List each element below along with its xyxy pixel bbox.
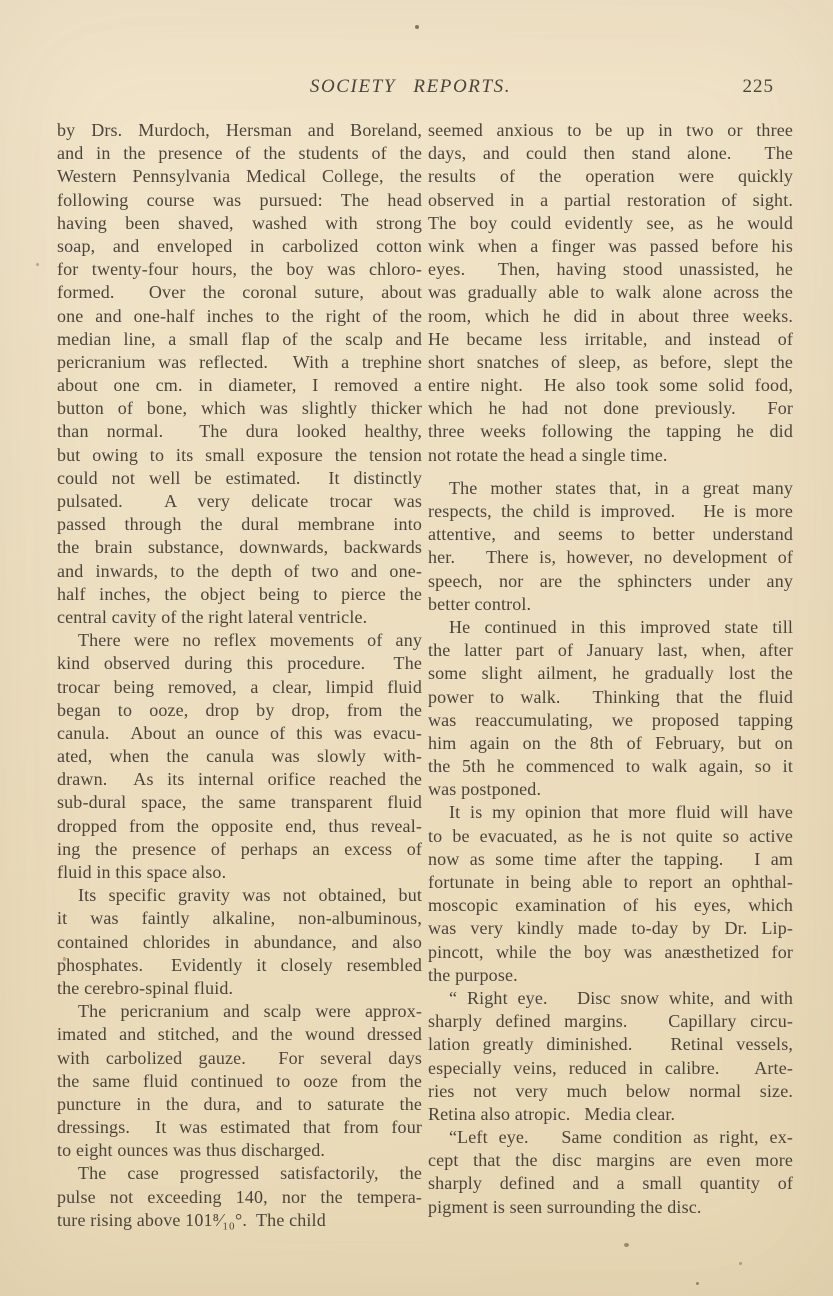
text-line: The boy could evidently see, as he would: [428, 212, 793, 235]
text-line: trocar being removed, a clear, limpid fl…: [57, 676, 422, 699]
paragraph: “Left eye. Same condition as right, ex-c…: [428, 1126, 793, 1219]
text-line: but owing to its small exposure the tens…: [57, 444, 422, 467]
text-line: to be evacuated, as he is not quite so a…: [428, 825, 793, 848]
text-line: imated and stitched, and the wound dress…: [57, 1023, 422, 1046]
text-line: better control.: [428, 593, 793, 616]
text-line: could not well be estimated. It distinct…: [57, 467, 422, 490]
paper-speck: [624, 1243, 629, 1247]
text-line: the purpose.: [428, 964, 793, 987]
text-line: and inwards, to the depth of two and one…: [57, 560, 422, 583]
page-number: 225: [743, 76, 775, 98]
text-line: the brain substance, downwards, backward…: [57, 536, 422, 559]
text-line: days, and could then stand alone. The: [428, 142, 793, 165]
text-line: the 5th he commenced to walk again, so i…: [428, 755, 793, 778]
paragraph: The case progressed satisfactorily, thep…: [57, 1162, 422, 1232]
text-line: by Drs. Murdoch, Hersman and Boreland,: [57, 119, 422, 142]
text-columns: by Drs. Murdoch, Hersman and Boreland,an…: [57, 119, 793, 1232]
text-line: ture rising above 101⁸⁄₁₀°. The child: [57, 1209, 422, 1232]
text-line: kind observed during this procedure. The: [57, 652, 422, 675]
text-line: pulsated. A very delicate trocar was: [57, 490, 422, 513]
text-line: The case progressed satisfactorily, the: [57, 1162, 422, 1185]
text-line: ated, when the canula was slowly with-: [57, 745, 422, 768]
text-line: than normal. The dura looked healthy,: [57, 420, 422, 443]
paragraph: The pericranium and scalp were approx-im…: [57, 1000, 422, 1162]
paragraph: The mother states that, in a great manyr…: [428, 477, 793, 616]
text-line: power to walk. Thinking that the fluid: [428, 686, 793, 709]
text-line: began to ooze, drop by drop, from the: [57, 699, 422, 722]
text-line: “Left eye. Same condition as right, ex-: [428, 1126, 793, 1149]
text-line: eyes. Then, having stood unassisted, he: [428, 258, 793, 281]
text-line: median line, a small flap of the scalp a…: [57, 328, 422, 351]
text-line: seemed anxious to be up in two or three: [428, 119, 793, 142]
text-line: especially veins, reduced in calibre. Ar…: [428, 1057, 793, 1080]
text-line: to eight ounces was thus discharged.: [57, 1139, 422, 1162]
text-line: entire night. He also took some solid fo…: [428, 374, 793, 397]
text-line: room, which he did in about three weeks.: [428, 305, 793, 328]
text-line: her. There is, however, no development o…: [428, 546, 793, 569]
text-line: was very kindly made to-day by Dr. Lip-: [428, 917, 793, 940]
text-line: for twenty-four hours, the boy was chlor…: [57, 258, 422, 281]
text-line: following course was pursued: The head: [57, 189, 422, 212]
text-line: ing the presence of perhaps an excess of: [57, 838, 422, 861]
text-line: sharply defined margins. Capillary circu…: [428, 1010, 793, 1033]
text-line: It is my opinion that more fluid will ha…: [428, 801, 793, 824]
text-line: Retina also atropic. Media clear.: [428, 1103, 793, 1126]
paper-speck: [36, 263, 39, 266]
text-line: moscopic examination of his eyes, which: [428, 894, 793, 917]
paragraph: by Drs. Murdoch, Hersman and Boreland,an…: [57, 119, 422, 629]
text-line: contained chlorides in abundance, and al…: [57, 931, 422, 954]
text-line: phosphates. Evidently it closely resembl…: [57, 954, 422, 977]
paper-speck: [415, 25, 419, 29]
text-line: Its specific gravity was not obtained, b…: [57, 884, 422, 907]
text-line: He continued in this improved state till: [428, 616, 793, 639]
text-line: with carbolized gauze. For several days: [57, 1047, 422, 1070]
text-line: speech, nor are the sphincters under any: [428, 570, 793, 593]
text-line: the cerebro-spinal fluid.: [57, 977, 422, 1000]
paper-speck: [696, 1282, 699, 1285]
text-line: now as some time after the tapping. I am: [428, 848, 793, 871]
text-line: pericranium was reflected. With a trephi…: [57, 351, 422, 374]
text-line: one and one-half inches to the right of …: [57, 305, 422, 328]
text-line: ries not very much below normal size.: [428, 1080, 793, 1103]
text-line: wink when a finger was passed before his: [428, 235, 793, 258]
paragraph: Its specific gravity was not obtained, b…: [57, 884, 422, 1000]
text-line: dropped from the opposite end, thus reve…: [57, 815, 422, 838]
text-line: him again on the 8th of February, but on: [428, 732, 793, 755]
scanned-journal-page: SOCIETY REPORTS. 225 by Drs. Murdoch, He…: [0, 0, 833, 1296]
text-line: not rotate the head a single time.: [428, 444, 793, 467]
text-line: lation greatly diminished. Retinal vesse…: [428, 1033, 793, 1056]
text-line: the same fluid continued to ooze from th…: [57, 1070, 422, 1093]
text-line: cept that the disc margins are even more: [428, 1149, 793, 1172]
text-line: The pericranium and scalp were approx-: [57, 1000, 422, 1023]
text-line: dressings. It was estimated that from fo…: [57, 1116, 422, 1139]
text-line: There were no reflex movements of any: [57, 629, 422, 652]
text-line: formed. Over the coronal suture, about: [57, 281, 422, 304]
paragraph: “ Right eye. Disc snow white, and withsh…: [428, 987, 793, 1126]
text-line: He became less irritable, and instead of: [428, 328, 793, 351]
text-line: about one cm. in diameter, I removed a: [57, 374, 422, 397]
text-line: and in the presence of the students of t…: [57, 142, 422, 165]
text-line: was gradually able to walk alone across …: [428, 281, 793, 304]
text-line: “ Right eye. Disc snow white, and with: [428, 987, 793, 1010]
text-line: central cavity of the right lateral vent…: [57, 606, 422, 629]
text-line: was postponed.: [428, 778, 793, 801]
text-line: pigment is seen surrounding the disc.: [428, 1196, 793, 1219]
text-line: attentive, and seems to better understan…: [428, 523, 793, 546]
text-line: fortunate in being able to report an oph…: [428, 871, 793, 894]
text-line: Western Pennsylvania Medical College, th…: [57, 165, 422, 188]
text-line: pincott, while the boy was anæsthetized …: [428, 941, 793, 964]
text-line: drawn. As its internal orifice reached t…: [57, 768, 422, 791]
paragraph: He continued in this improved state till…: [428, 616, 793, 802]
text-line: was reaccumulating, we proposed tapping: [428, 709, 793, 732]
column-left: by Drs. Murdoch, Hersman and Boreland,an…: [57, 119, 422, 1232]
text-line: button of bone, which was slightly thick…: [57, 397, 422, 420]
text-line: having been shaved, washed with strong: [57, 212, 422, 235]
paragraph: seemed anxious to be up in two or threed…: [428, 119, 793, 467]
text-line: passed through the dural membrane into: [57, 513, 422, 536]
text-line: soap, and enveloped in carbolized cotton: [57, 235, 422, 258]
text-line: half inches, the object being to pierce …: [57, 583, 422, 606]
page-header: SOCIETY REPORTS. 225: [57, 76, 792, 102]
paragraph: It is my opinion that more fluid will ha…: [428, 801, 793, 987]
text-line: sub-dural space, the same transparent fl…: [57, 791, 422, 814]
text-line: three weeks following the tapping he did: [428, 420, 793, 443]
text-line: the latter part of January last, when, a…: [428, 639, 793, 662]
text-line: pulse not exceeding 140, nor the tempera…: [57, 1186, 422, 1209]
text-line: fluid in this space also.: [57, 861, 422, 884]
paper-speck: [739, 1262, 742, 1265]
text-line: results of the operation were quickly: [428, 165, 793, 188]
text-line: respects, the child is improved. He is m…: [428, 500, 793, 523]
text-line: canula. About an ounce of this was evacu…: [57, 722, 422, 745]
text-line: puncture in the dura, and to saturate th…: [57, 1093, 422, 1116]
running-title: SOCIETY REPORTS.: [43, 76, 778, 98]
column-right: seemed anxious to be up in two or threed…: [428, 119, 793, 1232]
paragraph: There were no reflex movements of anykin…: [57, 629, 422, 884]
text-line: The mother states that, in a great many: [428, 477, 793, 500]
text-line: which he had not done previously. For: [428, 397, 793, 420]
text-line: sharply defined and a small quantity of: [428, 1172, 793, 1195]
text-line: some slight ailment, he gradually lost t…: [428, 662, 793, 685]
text-line: observed in a partial restoration of sig…: [428, 189, 793, 212]
text-line: it was faintly alkaline, non-albuminous,: [57, 907, 422, 930]
text-line: short snatches of sleep, as before, slep…: [428, 351, 793, 374]
